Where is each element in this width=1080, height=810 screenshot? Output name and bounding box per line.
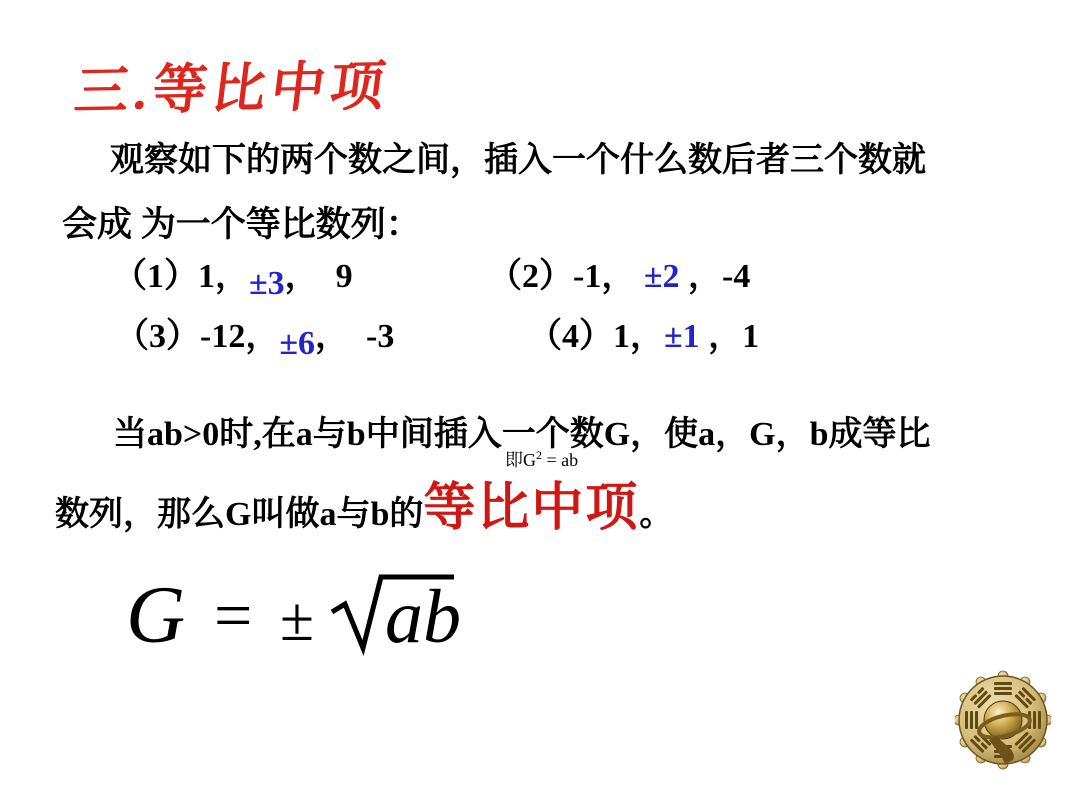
- definition-period: 。: [639, 486, 673, 535]
- formula-radicand: ab: [385, 575, 461, 659]
- example-3-prefix: （3）-12，: [115, 318, 279, 355]
- example-4-suffix: ，1: [700, 318, 760, 355]
- definition-line-2-text: 数列，那么G叫做a与b的: [55, 486, 423, 535]
- formula-G: G: [126, 569, 185, 660]
- example-2-suffix: ，-4: [680, 258, 751, 295]
- example-3: （3）-12，±6， -3: [115, 308, 394, 357]
- example-2-prefix: （2）-1，: [488, 258, 644, 295]
- example-2: （2）-1， ±2 ，-4: [488, 248, 750, 297]
- bagua-medallion-logo: [955, 670, 1051, 770]
- intro-line-2: 会成 为一个等比数列：: [62, 203, 421, 247]
- example-4: （4）1，±1 ，1: [528, 308, 759, 357]
- example-1-prefix: （1）1，: [113, 258, 249, 295]
- formula-plus-minus: ±: [280, 586, 314, 654]
- example-3-suffix: ， -3: [315, 318, 394, 355]
- example-1: （1）1，±3， 9: [113, 248, 353, 297]
- geometric-mean-formula: G = ± ab: [122, 560, 472, 665]
- example-4-prefix: （4）1，: [528, 318, 664, 355]
- definition-line-2: 数列，那么G叫做a与b的等比中项。: [55, 465, 673, 540]
- formula-equals: =: [214, 577, 252, 653]
- slide-title: 三.等比中项: [71, 43, 395, 125]
- example-1-suffix: ， 9: [285, 258, 353, 295]
- example-4-answer: ±1: [664, 318, 700, 355]
- presentation-slide: 三.等比中项 观察如下的两个数之间，插入一个什么数后者三个数就 会成 为一个等比…: [0, 0, 1080, 810]
- example-3-answer: ±6: [279, 325, 315, 362]
- geometric-mean-term-highlight: 等比中项: [423, 465, 639, 540]
- intro-line-1: 观察如下的两个数之间，插入一个什么数后者三个数就: [110, 139, 926, 183]
- example-2-answer: ±2: [644, 258, 680, 295]
- example-1-answer: ±3: [249, 265, 285, 302]
